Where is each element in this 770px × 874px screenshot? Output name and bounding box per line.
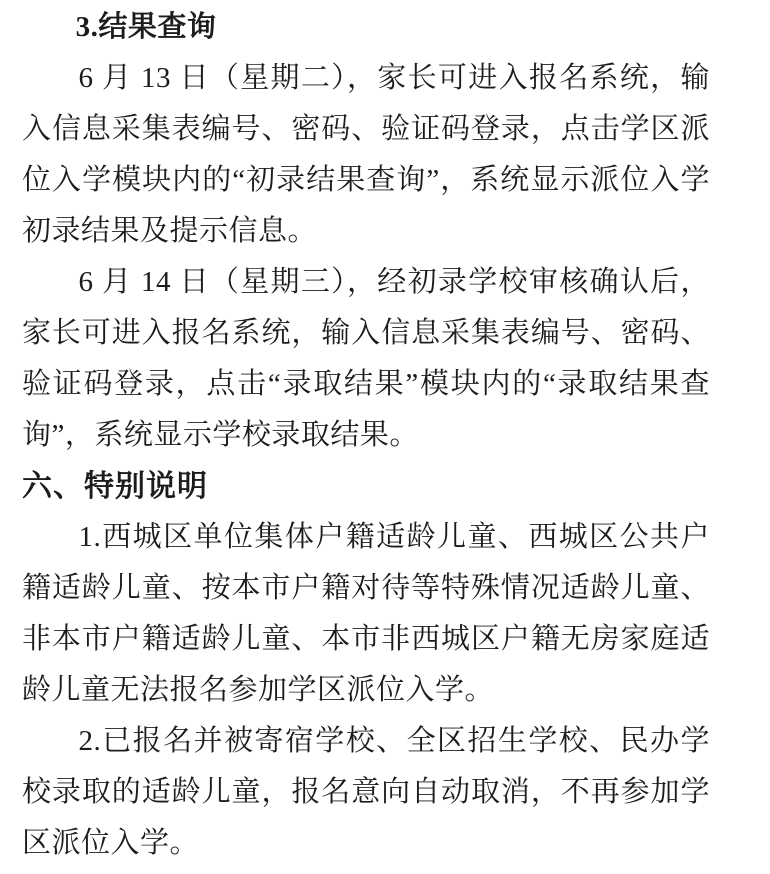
heading-results-query: 3.结果查询 (22, 2, 710, 53)
paragraph-note-1: 1.西城区单位集体户籍适龄儿童、西城区公共户籍适龄儿童、按本市户籍对待等特殊情况… (22, 512, 710, 716)
paragraph-june-14: 6 月 14 日（星期三），经初录学校审核确认后，家长可进入报名系统，输入信息采… (22, 257, 710, 461)
paragraph-june-13: 6 月 13 日（星期二），家长可进入报名系统，输入信息采集表编号、密码、验证码… (22, 53, 710, 257)
heading-special-notes: 六、特别说明 (22, 461, 710, 512)
document-page: 3.结果查询 6 月 13 日（星期二），家长可进入报名系统，输入信息采集表编号… (0, 0, 770, 874)
paragraph-note-2: 2.已报名并被寄宿学校、全区招生学校、民办学校录取的适龄儿童，报名意向自动取消，… (22, 716, 710, 869)
